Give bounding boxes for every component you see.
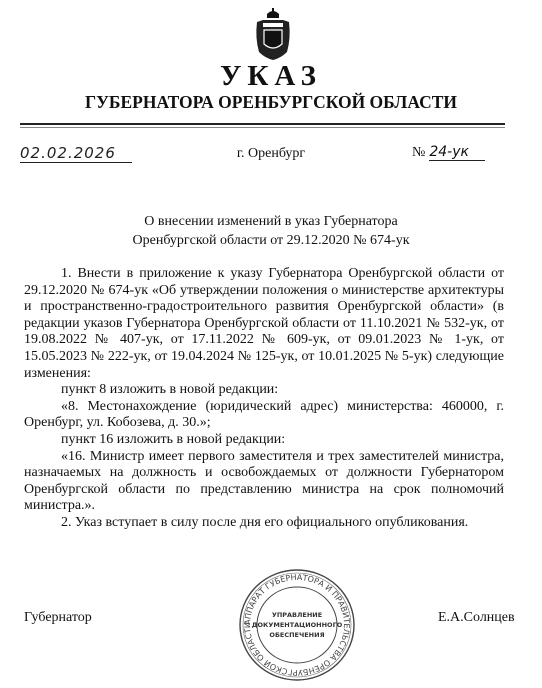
document-title: УКАЗ [0,60,542,93]
document-body: 1. Внести в приложение к указу Губернато… [24,266,504,532]
paragraph-1: 1. Внести в приложение к указу Губернато… [24,266,504,382]
stamp-seal: АППАРАТ ГУБЕРНАТОРА И ПРАВИТЕЛЬСТВА ОРЕН… [237,568,357,682]
heading-line-2: Оренбургской области от 29.12.2020 № 674… [0,231,542,250]
paragraph-4: пункт 16 изложить в новой редакции: [24,432,504,449]
stamp-center-line-1: УПРАВЛЕНИЕ [272,611,322,619]
header-divider-thin [20,127,505,128]
document-number: №24-ук [412,144,485,161]
heading-line-1: О внесении изменений в указ Губернатора [0,212,542,231]
paragraph-5: «16. Министр имеет первого заместителя и… [24,449,504,515]
coat-of-arms-icon [253,8,293,62]
document-heading: О внесении изменений в указ Губернатора … [0,212,542,250]
signatory-name: Е.А.Солнцев [438,610,515,626]
stamp-center-line-2: ДОКУМЕНТАЦИОННОГО [252,621,343,629]
document-subtitle: ГУБЕРНАТОРА ОРЕНБУРГСКОЙ ОБЛАСТИ [0,92,542,113]
header-divider [20,123,505,125]
paragraph-3: «8. Местонахождение (юридический адрес) … [24,399,504,432]
number-value: 24-ук [429,144,485,161]
stamp-center-line-3: ОБЕСПЕЧЕНИЯ [269,631,324,639]
signatory-role: Губернатор [24,610,92,626]
paragraph-6: 2. Указ вступает в силу после дня его оф… [24,515,504,532]
number-label: № [412,145,425,160]
paragraph-2: пункт 8 изложить в новой редакции: [24,382,504,399]
